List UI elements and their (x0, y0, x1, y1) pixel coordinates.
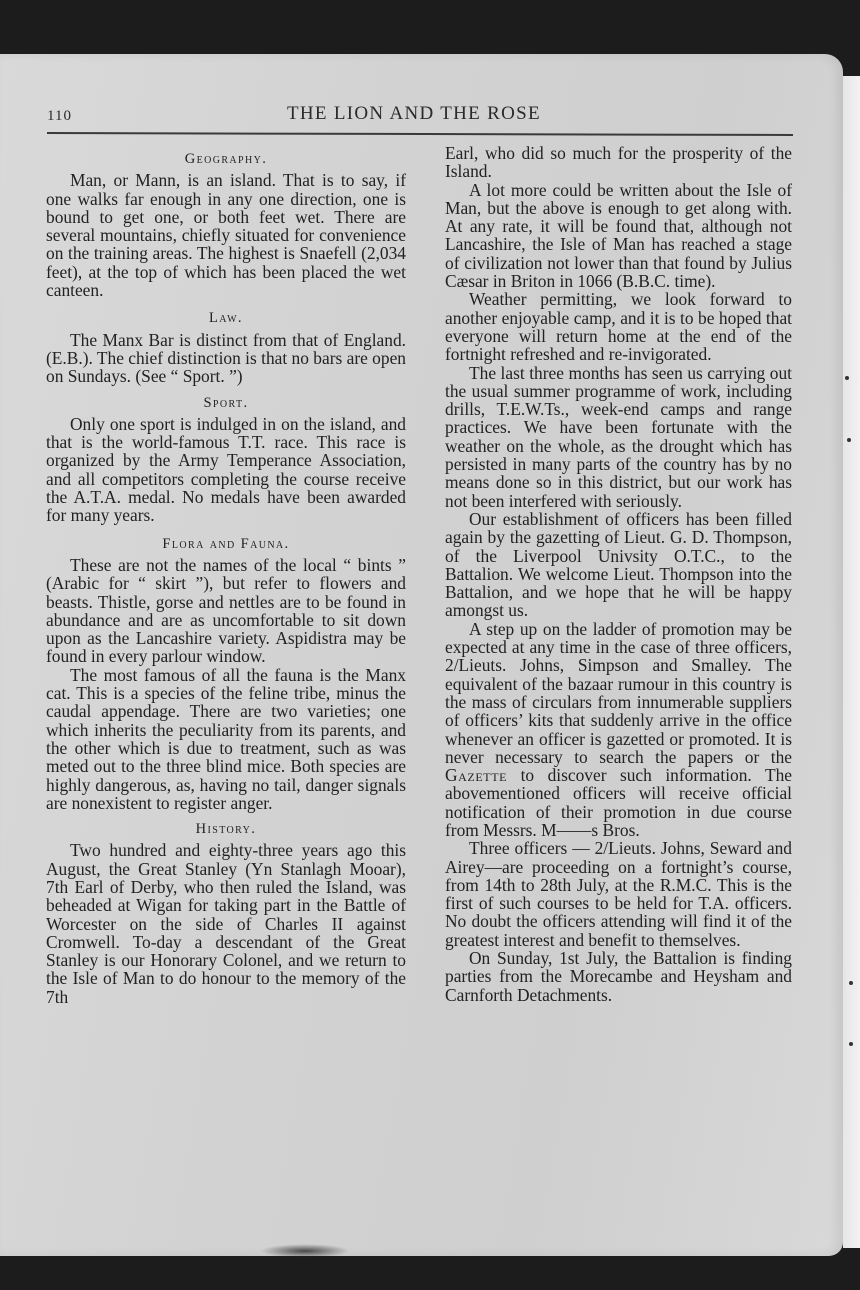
paragraph-weather: Weather permitting, we look forward to a… (445, 290, 792, 363)
paragraph-history-continued: Earl, who did so much for the prosperity… (445, 144, 792, 181)
paragraph-course: Three officers — 2/Lieuts. Johns, Seward… (445, 839, 792, 949)
running-header: 110 THE LION AND THE ROSE (47, 103, 792, 129)
paragraph-sport: Only one sport is indulged in on the isl… (46, 415, 406, 525)
section-heading-geography: Geography. (46, 150, 406, 168)
paragraph-history: Two hundred and eighty-three years ago t… (46, 841, 406, 1006)
paragraph-sunday: On Sunday, 1st July, the Battalion is fi… (445, 949, 792, 1004)
section-heading-history: History. (46, 820, 406, 838)
running-title: THE LION AND THE ROSE (287, 103, 541, 125)
paragraph-promotion: A step up on the ladder of promotion may… (445, 620, 792, 840)
section-heading-law: Law. (46, 309, 406, 327)
section-heading-flora-fauna: Flora and Fauna. (46, 535, 406, 553)
ink-speck (845, 376, 849, 380)
paragraph-months: The last three months has seen us carryi… (445, 364, 792, 510)
paragraph-fauna: The most famous of all the fauna is the … (46, 666, 406, 812)
ink-speck (849, 981, 853, 985)
promotion-text-a: A step up on the ladder of promotion may… (445, 619, 792, 767)
paragraph-flora: These are not the names of the local “ b… (46, 556, 406, 666)
right-column: Earl, who did so much for the prosperity… (445, 144, 792, 1004)
page-edge (843, 76, 860, 1248)
section-heading-sport: Sport. (46, 394, 406, 412)
binding-shadow (260, 1244, 350, 1258)
ink-speck (847, 438, 851, 442)
page-number: 110 (47, 108, 72, 125)
paragraph-law: The Manx Bar is distinct from that of En… (46, 331, 406, 386)
left-column: Geography. Man, or Mann, is an island. T… (46, 146, 406, 1006)
gazette-smallcaps: Gazette (445, 765, 507, 785)
paragraph-establishment: Our establishment of officers has been f… (445, 510, 792, 620)
paragraph-geography: Man, or Mann, is an island. That is to s… (46, 171, 406, 299)
ink-speck (849, 1042, 853, 1046)
paragraph-more: A lot more could be written about the Is… (445, 181, 792, 291)
